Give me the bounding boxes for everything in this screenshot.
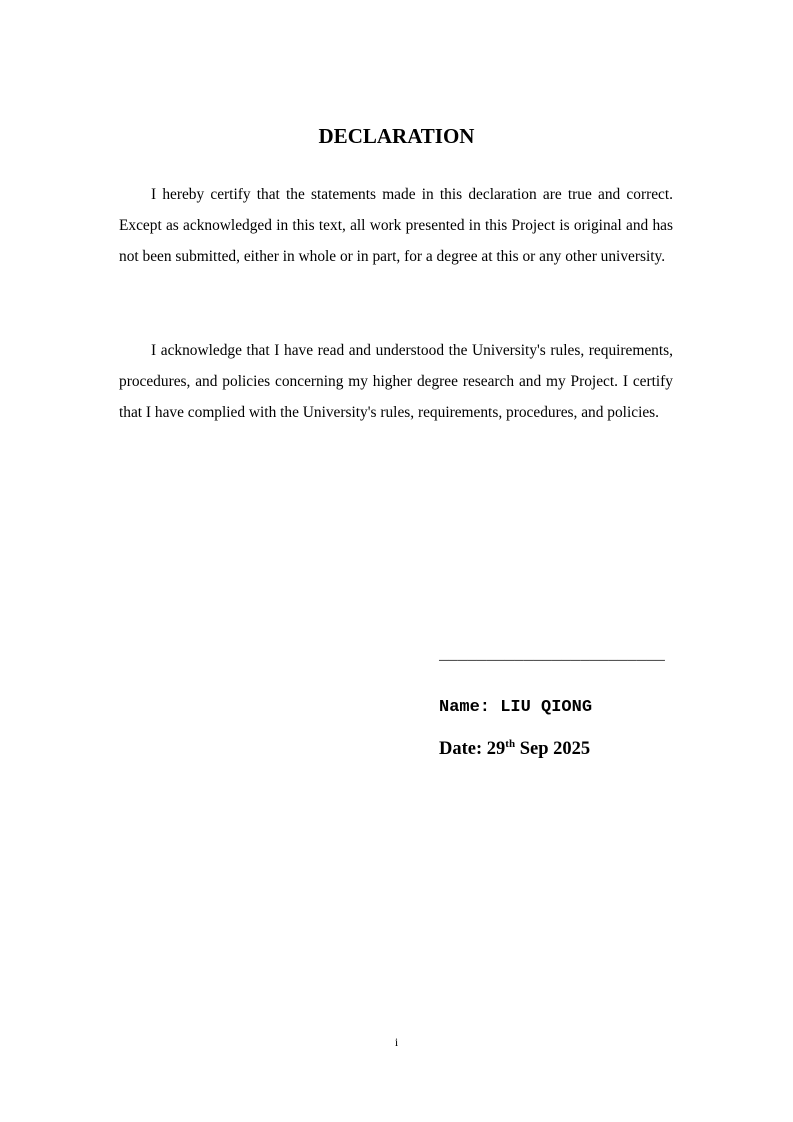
date-label: Date: <box>439 739 487 759</box>
name-value: LIU QIONG <box>500 698 592 717</box>
signature-line: ________________________ <box>439 646 665 664</box>
date-day-suffix: th <box>505 738 515 750</box>
declaration-paragraph-2: I acknowledge that I have read and under… <box>119 335 673 429</box>
declaration-paragraph-1: I hereby certify that the statements mad… <box>119 179 673 273</box>
date-day: 29 <box>487 739 506 759</box>
date-rest: Sep 2025 <box>515 739 590 759</box>
signature-date: Date: 29th Sep 2025 <box>439 739 590 760</box>
page-number: i <box>0 1035 793 1050</box>
page-title: DECLARATION <box>0 124 793 149</box>
signatory-name: Name: LIU QIONG <box>439 698 592 717</box>
name-label: Name: <box>439 698 500 717</box>
document-page: DECLARATION I hereby certify that the st… <box>0 0 793 1122</box>
